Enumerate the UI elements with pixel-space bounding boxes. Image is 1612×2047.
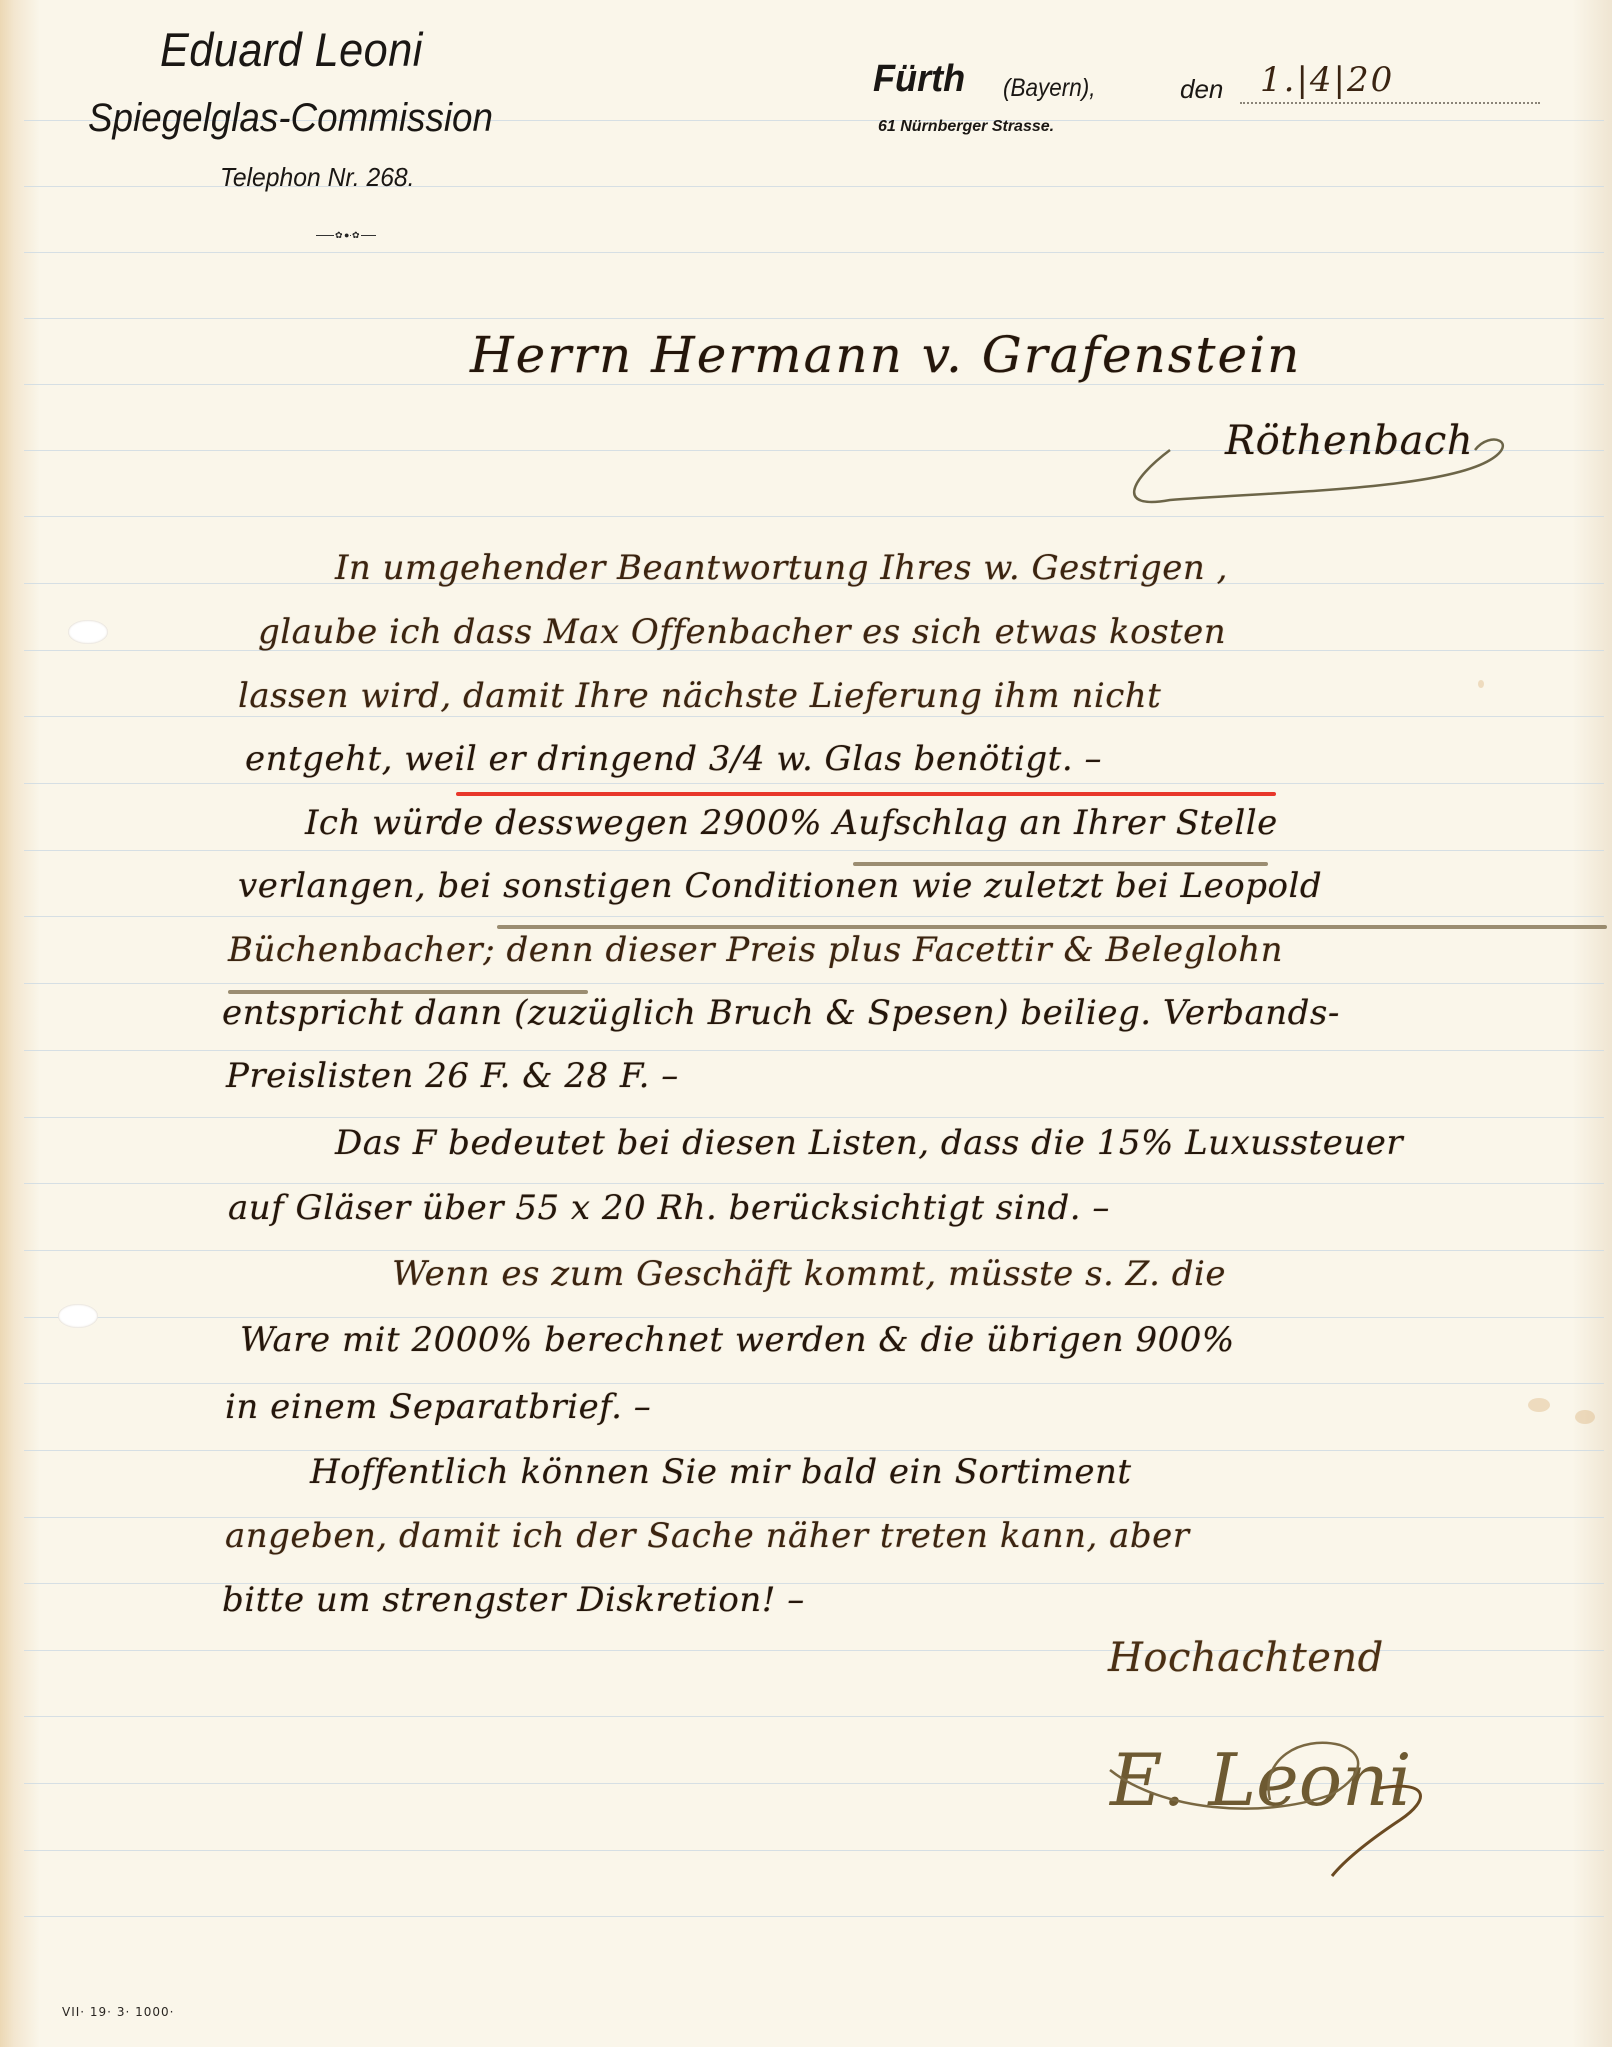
ruled-line — [24, 1716, 1604, 1717]
body-line: Ich würde desswegen 2900% Aufschlag an I… — [305, 803, 1278, 843]
ruled-line — [24, 1250, 1604, 1251]
body-line: Preislisten 26 F. & 28 F. – — [226, 1056, 679, 1096]
ruled-line — [24, 1450, 1604, 1451]
ruled-line — [24, 1050, 1604, 1051]
body-line: verlangen, bei sonstigen Conditionen wie… — [238, 866, 1322, 906]
letterhead-den-label: den — [1180, 74, 1223, 105]
letter-page: Eduard Leoni Spiegelglas-Commission Tele… — [0, 0, 1612, 2047]
letterhead-business: Spiegelglas-Commission — [88, 96, 493, 141]
paper-stain — [1478, 680, 1484, 688]
body-line: bitte um strengster Diskretion! – — [222, 1580, 805, 1620]
ruled-line — [24, 1117, 1604, 1118]
ruled-line — [24, 252, 1604, 253]
letterhead-telephone: Telephon Nr. 268. — [220, 162, 415, 193]
handwritten-date: 1.|4|20 — [1260, 60, 1394, 100]
body-line: Das F bedeutet bei diesen Listen, dass d… — [335, 1123, 1403, 1163]
body-line: Büchenbacher; denn dieser Preis plus Fac… — [228, 930, 1283, 970]
closing: Hochachtend — [1108, 1635, 1384, 1681]
body-line: lassen wird, damit Ihre nächste Lieferun… — [238, 676, 1161, 716]
paper-stain — [1575, 1410, 1595, 1424]
ruled-line — [24, 1916, 1604, 1917]
paper-stain — [1528, 1398, 1550, 1412]
ruled-line — [24, 716, 1604, 717]
punch-hole — [68, 620, 108, 644]
body-line: In umgehender Beantwortung Ihres w. Gest… — [335, 548, 1228, 588]
punch-hole — [58, 1304, 98, 1328]
ornament-divider-icon: ✿●✿ — [316, 230, 376, 240]
signature: E. Leoni — [1110, 1738, 1412, 1822]
letterhead-company-name: Eduard Leoni — [160, 22, 423, 77]
body-line: Wenn es zum Geschäft kommt, müsste s. Z.… — [392, 1254, 1226, 1294]
ruled-line — [24, 318, 1604, 319]
letterhead-street: 61 Nürnberger Strasse. — [878, 118, 1054, 136]
recipient-name: Herrn Hermann v. Grafenstein — [470, 326, 1301, 384]
recipient-place: Röthenbach — [1225, 418, 1473, 464]
body-line: glaube ich dass Max Offenbacher es sich … — [258, 612, 1226, 652]
letterhead-region: (Bayern), — [1003, 74, 1096, 103]
ruled-line — [24, 850, 1604, 851]
ruled-line — [24, 783, 1604, 784]
letterhead-city: Fürth — [873, 58, 965, 101]
red-underline — [456, 792, 1276, 796]
body-line: Ware mit 2000% berechnet werden & die üb… — [240, 1320, 1235, 1360]
ruled-line — [24, 916, 1604, 917]
body-line: entgeht, weil er dringend 3/4 w. Glas be… — [245, 739, 1102, 779]
ruled-line — [24, 1317, 1604, 1318]
ruled-line — [24, 1383, 1604, 1384]
body-line: entspricht dann (zuzüglich Bruch & Spese… — [222, 993, 1340, 1033]
pencil-underline — [497, 925, 1607, 929]
date-dotted-line — [1240, 102, 1540, 104]
body-line: auf Gläser über 55 x 20 Rh. berücksichti… — [228, 1188, 1110, 1228]
ruled-line — [24, 1850, 1604, 1851]
ruled-line — [24, 516, 1604, 517]
ruled-line — [24, 384, 1604, 385]
body-line: Hoffentlich können Sie mir bald ein Sort… — [310, 1452, 1132, 1492]
ruled-line — [24, 983, 1604, 984]
body-line: in einem Separatbrief. – — [225, 1387, 651, 1427]
ruled-line — [24, 1183, 1604, 1184]
body-line: angeben, damit ich der Sache näher trete… — [225, 1516, 1190, 1556]
print-run-code: VII· 19· 3· 1000· — [62, 2005, 174, 2019]
